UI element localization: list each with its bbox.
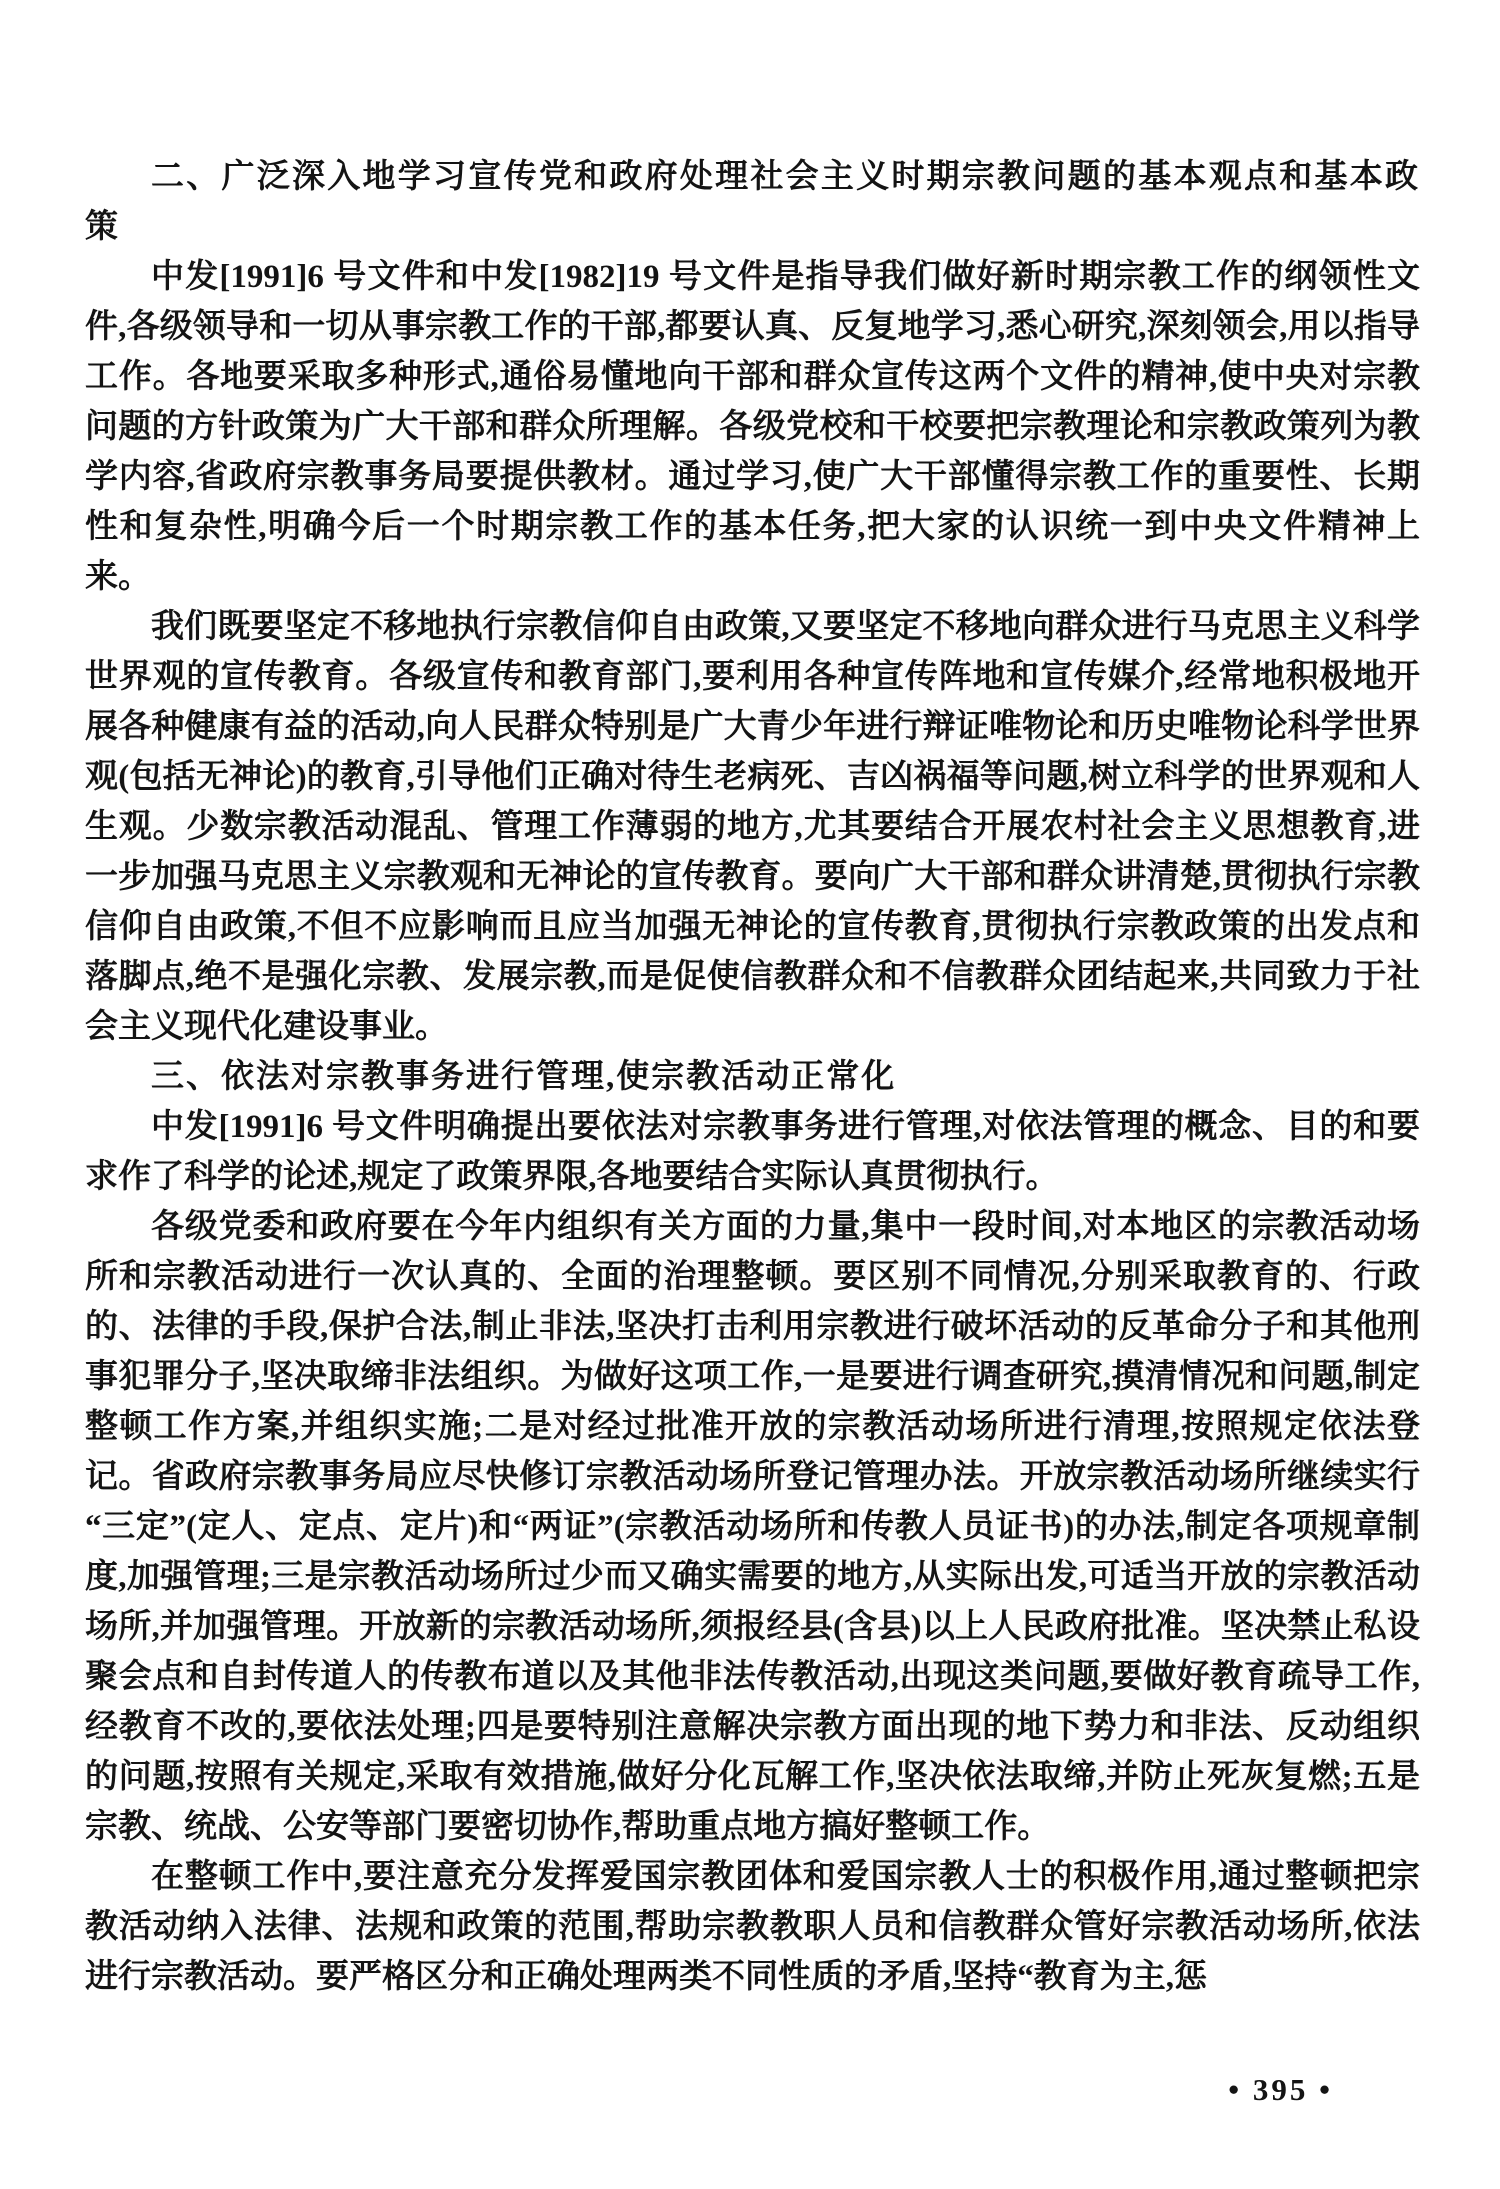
- paragraph: 我们既要坚定不移地执行宗教信仰自由政策,又要坚定不移地向群众进行马克思主义科学世…: [85, 602, 1420, 1052]
- document-page: 二、广泛深入地学习宣传党和政府处理社会主义时期宗教问题的基本观点和基本政策中发[…: [0, 0, 1500, 2189]
- section-heading: 三、依法对宗教事务进行管理,使宗教活动正常化: [85, 1052, 1420, 1102]
- page-number: • 395 •: [1228, 2072, 1333, 2108]
- paragraph: 中发[1991]6 号文件和中发[1982]19 号文件是指导我们做好新时期宗教…: [85, 252, 1420, 602]
- paragraph: 中发[1991]6 号文件明确提出要依法对宗教事务进行管理,对依法管理的概念、目…: [85, 1102, 1420, 1202]
- section-heading: 二、广泛深入地学习宣传党和政府处理社会主义时期宗教问题的基本观点和基本政策: [85, 152, 1420, 252]
- paragraph: 在整顿工作中,要注意充分发挥爱国宗教团体和爱国宗教人士的积极作用,通过整顿把宗教…: [85, 1852, 1420, 2002]
- paragraph: 各级党委和政府要在今年内组织有关方面的力量,集中一段时间,对本地区的宗教活动场所…: [85, 1202, 1420, 1852]
- document-body: 二、广泛深入地学习宣传党和政府处理社会主义时期宗教问题的基本观点和基本政策中发[…: [85, 152, 1420, 2002]
